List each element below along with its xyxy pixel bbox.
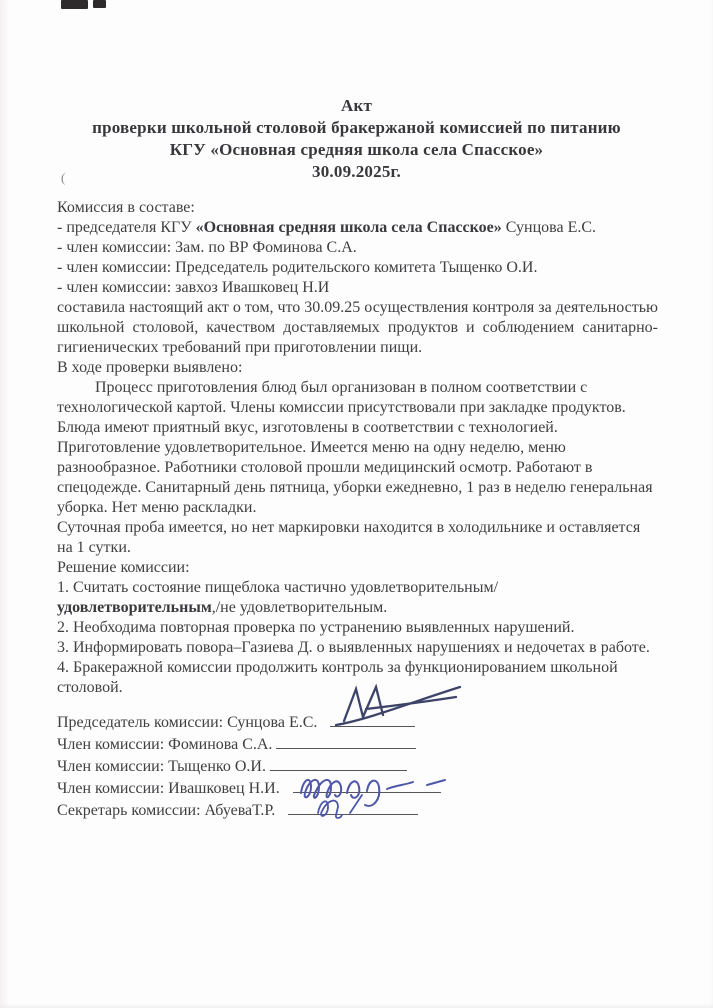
decision-item-2: 2. Необходима повторная проверка по устр… [57, 618, 658, 638]
signature-name: Ивашковец Н.И. [168, 780, 280, 797]
decision-item-1-suffix: ,/не удовлетворительным. [212, 599, 387, 616]
scan-artifact-mark [93, 0, 106, 8]
signature-label: Член комиссии: [57, 758, 164, 775]
signature-row-chair: Председатель комиссии: Сунцова Е.С. [57, 711, 658, 733]
commission-member: - член комиссии: Председатель родительск… [57, 258, 658, 278]
decision-heading: Решение комиссии: [57, 558, 658, 578]
title-line-subject: проверки школьной столовой бракержаной к… [0, 117, 713, 139]
signature-name: Фоминова С.А. [168, 736, 272, 753]
scanned-document-page: ( Акт проверки школьной столовой бракерж… [0, 0, 713, 1008]
signature-line [276, 733, 416, 749]
signature-line [288, 799, 418, 815]
title-line-date: 30.09.2025г. [0, 161, 713, 183]
signature-line [293, 777, 441, 793]
probe-paragraph: Суточная проба имеется, но нет маркировк… [57, 518, 658, 558]
member-chair-school-name: «Основная средняя школа села Спасское» [196, 219, 502, 236]
decision-item-1: 1. Считать состояние пищеблока частично … [57, 578, 658, 618]
signature-label: Член комиссии: [57, 736, 164, 753]
commission-member: - член комиссии: завхоз Ивашковец Н.И [57, 278, 658, 298]
act-statement-paragraph: составила настоящий акт о том, что 30.09… [57, 298, 658, 358]
document-body: Комиссия в составе: - председателя КГУ «… [57, 198, 658, 821]
decision-item-1-prefix: 1. Считать состояние пищеблока частично … [57, 579, 498, 596]
signature-name: АбуеваТ.Р. [205, 802, 276, 819]
member-chair-prefix: - председателя КГУ [57, 219, 196, 236]
commission-member: - член комиссии: Зам. по ВР Фоминова С.А… [57, 238, 658, 258]
decision-item-3: 3. Информировать повора–Газиева Д. о выя… [57, 638, 658, 658]
signature-label: Член комиссии: [57, 780, 164, 797]
document-title: Акт проверки школьной столовой бракержан… [0, 95, 713, 183]
findings-paragraph: Процесс приготовления блюд был организов… [57, 378, 658, 518]
signature-row-abueva: Секретарь комиссии: АбуеваТ.Р. [57, 799, 658, 821]
member-chair-suffix: Сунцова Е.С. [502, 219, 596, 236]
decision-item-1-bold: удовлетворительным [57, 599, 212, 616]
signature-row-fominova: Член комиссии: Фоминова С.А. [57, 733, 658, 755]
decision-item-4: 4. Бракеражной комиссии продолжить контр… [57, 658, 658, 698]
signature-name: Сунцова Е.С. [227, 714, 317, 731]
title-line-school: КГУ «Основная средняя школа села Спасско… [0, 139, 713, 161]
signature-row-ivashkovets: Член комиссии: Ивашковец Н.И. [57, 777, 658, 799]
scan-artifact-mark [61, 0, 88, 9]
signature-line [270, 755, 407, 771]
signature-line [330, 711, 415, 727]
title-line-act: Акт [0, 95, 713, 117]
signature-row-tyshchenko: Член комиссии: Тыщенко О.И. [57, 755, 658, 777]
findings-heading: В ходе проверки выявлено: [57, 358, 658, 378]
signature-block: Председатель комиссии: Сунцова Е.С. Член… [57, 711, 658, 821]
signature-label: Председатель комиссии: [57, 714, 223, 731]
commission-heading: Комиссия в составе: [57, 198, 658, 218]
commission-member-chair: - председателя КГУ «Основная средняя шко… [57, 218, 658, 238]
signature-label: Секретарь комиссии: [57, 802, 201, 819]
signature-name: Тыщенко О.И. [168, 758, 266, 775]
